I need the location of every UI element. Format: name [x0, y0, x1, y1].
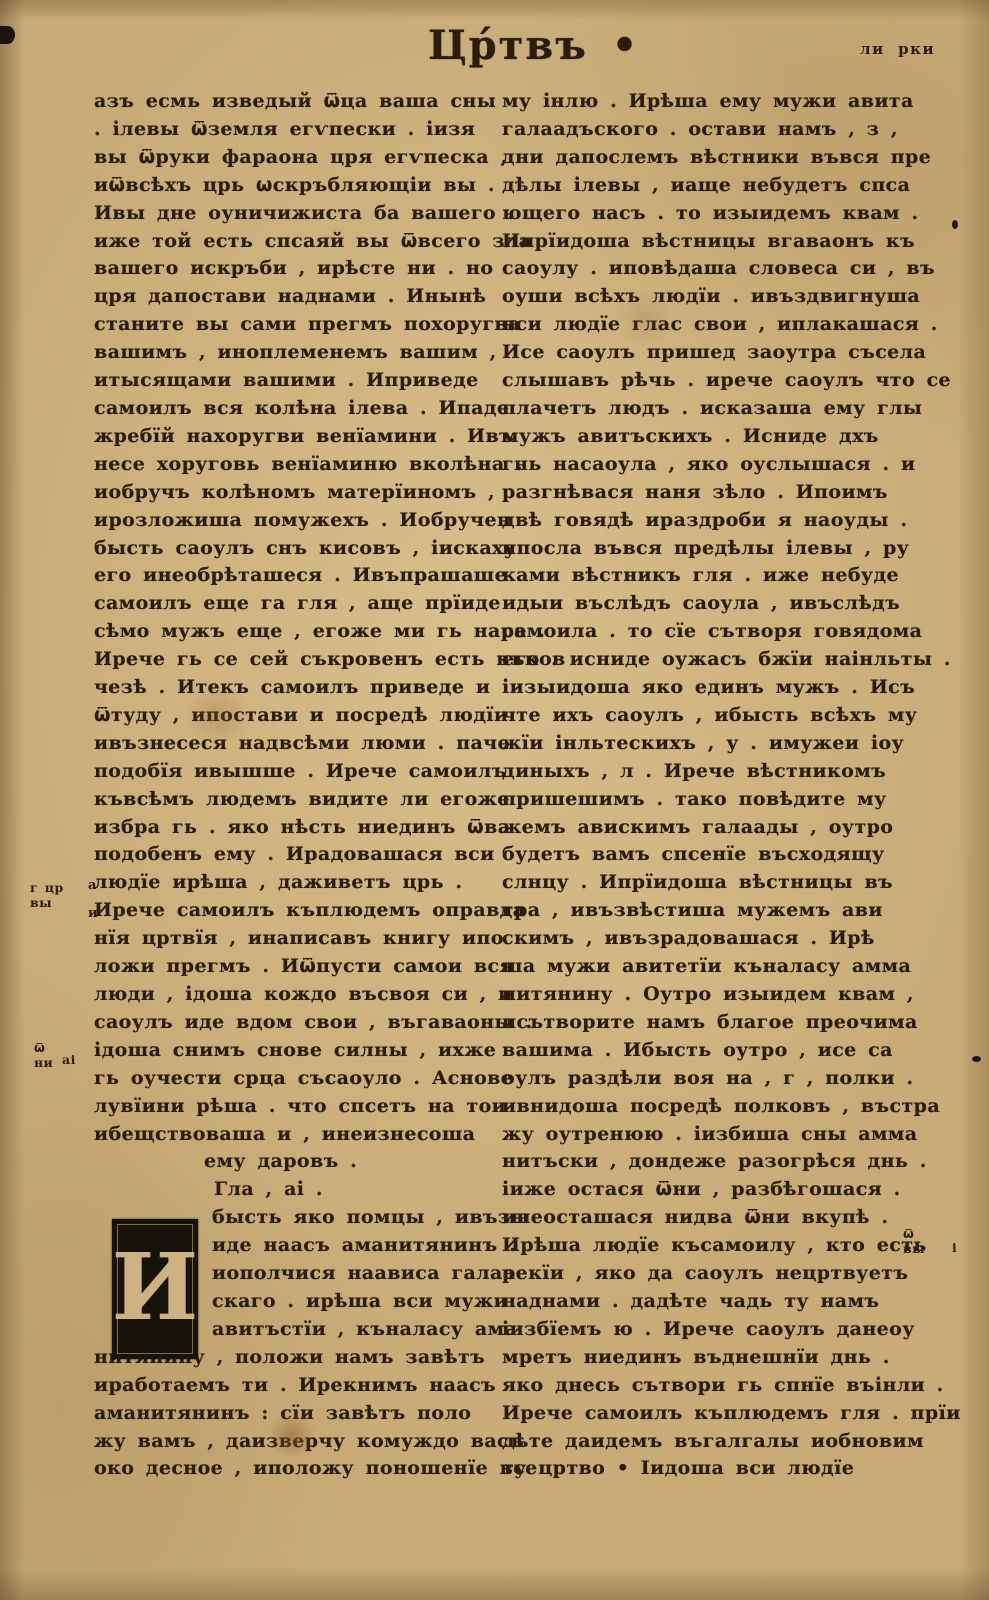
text-line: оулъ раздѣли воя на , г , полки . [502, 1065, 954, 1093]
text-line: ибещствоваша и , инеизнесоша [94, 1121, 506, 1149]
text-line: іиже остася ѿни , разбѣгошася . [502, 1176, 954, 1204]
text-line: рекїи , яко да саоулъ нецртвуетъ [502, 1260, 954, 1288]
text-line: къвсѣмъ людемъ видите ли егоже [94, 786, 506, 814]
text-line: Ирѣша людїе късамоилу , кто есть [502, 1232, 954, 1260]
text-line: избра гь . яко нѣсть ниединъ ѿва [94, 814, 506, 842]
text-line: авитъстїи , къналасу ама [212, 1316, 506, 1344]
text-line: и [88, 900, 98, 928]
text-line: ложи прегмъ . Иѿпусти самои вся [94, 953, 506, 981]
right-text-column: му інлю . Ирѣша ему мужи авитагалаадъско… [502, 88, 954, 1483]
text-line: ту цртво • Іидоша вси людїе [502, 1455, 954, 1483]
margin-note-right-side: і [952, 1240, 957, 1255]
text-line: а [88, 872, 98, 900]
text-line: бысть яко помцы , ивъзы [212, 1204, 506, 1232]
text-line: его инеобрѣташеся . Ивъпрашаше [94, 562, 506, 590]
text-line: ідоша снимъ снове силны , ихже [94, 1037, 506, 1065]
text-line: самоилъ вся колѣна ілева . Ипаде [94, 395, 506, 423]
text-line: скаго . ирѣша вси мужи [212, 1288, 506, 1316]
text-line: разгнѣвася наня зѣло . Ипоимъ [502, 479, 954, 507]
paragraph-lines: му інлю . Ирѣша ему мужи авитагалаадъско… [502, 88, 954, 1483]
text-line: нїя цртвїя , инаписавъ книгу ипо [94, 925, 506, 953]
initial-letter: И [112, 1241, 199, 1333]
text-line: азъ есмь изведый ѿца ваша сны [94, 88, 506, 116]
text-line: диныхъ , л . Ирече вѣстникомъ [502, 758, 954, 786]
text-line: плачетъ людъ . исказаша ему глы [502, 395, 954, 423]
ink-speck [972, 1056, 981, 1062]
text-line: нитянину . Оутро изыидем квам , [502, 981, 954, 1009]
text-line: цря дапостави наднами . Инынѣ [94, 283, 506, 311]
text-line: саоулу . иповѣдаша словеса си , въ [502, 255, 954, 283]
text-line: Ирече самоилъ къплюдемъ гля . прїи [502, 1400, 954, 1428]
text-line: вси людїе глас свои , иплакашася . [502, 311, 954, 339]
text-line: ивъзнесеся надвсѣми люми . паче [94, 730, 506, 758]
text-line: слнцу . Ипрїидоша вѣстницы въ [502, 869, 954, 897]
text-line: чезѣ . Итекъ самоилъ приведе и [94, 674, 506, 702]
text-line: аманитянинъ : сїи завѣтъ поло [94, 1400, 506, 1428]
text-line: ипосла въвся предѣлы ілевы , ру [502, 535, 954, 563]
text-line: ѿтуду , ипостави и посредѣ людїи [94, 702, 506, 730]
text-line: наднами . дадѣте чадь ту намъ [502, 1288, 954, 1316]
text-line: іизбїемъ ю . Ирече саоулъ данеоу [502, 1316, 954, 1344]
text-line: мужъ авитъскихъ . Исниде дхъ [502, 423, 954, 451]
text-line: Ивы дне оуничижиста ба вашего . [94, 200, 506, 228]
text-line: Ирече гь се сей съкровенъ есть въков [94, 646, 506, 674]
text-line: вашима . Ибысть оутро , исе са [502, 1037, 954, 1065]
ink-speck [0, 26, 15, 44]
text-line: око десное , иположу поношенїе все [94, 1455, 506, 1483]
margin-note-left-1: г црвы [30, 880, 64, 910]
text-line: людїе ирѣша , даживетъ црь . [94, 869, 506, 897]
text-line: двѣ говядѣ ираздроби я наоуды . [502, 507, 954, 535]
text-line: нитъски , дондеже разогрѣся днь . [502, 1148, 954, 1176]
text-line: люди , ідоша кождо въсвоя си , и [94, 981, 506, 1009]
text-line: идыи въслѣдъ саоула , ивъслѣдъ [502, 590, 954, 618]
text-line: бысть саоулъ снъ кисовъ , іискаху [94, 535, 506, 563]
text-line: ирозложиша помужехъ . Иобручен [94, 507, 506, 535]
text-line: ѿ [34, 1040, 53, 1055]
text-line: несе хоруговь венїаминю вколѣна . [94, 451, 506, 479]
text-line: иѿвсѣхъ црь ѡскръбляющіи вы . [94, 172, 506, 200]
text-line: итысящами вашими . Иприведе [94, 367, 506, 395]
text-line: Ирече самоилъ къплюдемъ оправда [94, 897, 506, 925]
text-line: лувїини рѣша . что спсетъ на тои [94, 1093, 506, 1121]
text-line: пришешимъ . тако повѣдите му [502, 786, 954, 814]
text-line: инеосташася нидва ѿни вкупѣ . [502, 1204, 954, 1232]
folio-mark: ли рки [860, 40, 935, 58]
text-line: станите вы сами прегмъ похоругва [94, 311, 506, 339]
text-line: самоилъ еще га гля , аще прїиде [94, 590, 506, 618]
text-line: его . исниде оужасъ бжїи наінльты . [502, 646, 954, 674]
closing-lines: нитянину , положи намъ завѣтъиработаемъ … [94, 1344, 506, 1484]
text-line: иобручъ колѣномъ матерїиномъ , [94, 479, 506, 507]
text-line: самоила . то сїе сътворя говядома [502, 618, 954, 646]
text-line: жребїй нахоругви венїамини . Ивъ [94, 423, 506, 451]
text-line: жу оутренюю . іизбиша сны амма [502, 1121, 954, 1149]
text-line: Исе саоулъ пришед заоутра съсела [502, 339, 954, 367]
text-line: вы [30, 895, 64, 910]
text-line: яко днесь сътвори гь спнїе въінли . [502, 1372, 954, 1400]
text-line: сѣмо мужъ еще , егоже ми гь наре . [94, 618, 506, 646]
text-line: ивнидоша посредѣ полковъ , въстра [502, 1093, 954, 1121]
chapter-heading: Гла , аі . [214, 1176, 506, 1204]
text-line: дѣте даидемъ въгалгалы иобновим [502, 1428, 954, 1456]
book-page: Цр́твъ • ли рки азъ есмь изведый ѿца ваш… [0, 0, 989, 1600]
text-line: вашего искръби , ирѣсте ни . но [94, 255, 506, 283]
text-line: жу вамъ , даизверчу комуждо васъ [94, 1428, 506, 1456]
text-line: вашимъ , иноплеменемъ вашим , [94, 339, 506, 367]
running-title: Цр́твъ • [428, 22, 639, 70]
paragraph-lines: азъ есмь изведый ѿца ваша сны. ілевы ѿзе… [94, 88, 506, 1148]
text-line: исътворите намъ благое преочима [502, 1009, 954, 1037]
margin-note-left-2: ѿни [34, 1040, 53, 1070]
text-line: гнь насаоула , яко оуслышася . и [502, 451, 954, 479]
text-line: саоулъ иде вдом свои , въгаваоны . [94, 1009, 506, 1037]
text-line: иработаемъ ти . Ирекнимъ наасъ [94, 1372, 506, 1400]
text-line: скимъ , ивъзрадовашася . Ирѣ [502, 925, 954, 953]
margin-note-right: ѿвы [903, 1226, 925, 1256]
text-line: будетъ вамъ спсенїе въсходящу [502, 841, 954, 869]
text-line: иополчися наависа галаа [212, 1260, 506, 1288]
text-line: вы ѿруки фараона цря егѵпеска , [94, 144, 506, 172]
text-line: му інлю . Ирѣша ему мужи авита [502, 88, 954, 116]
text-line: ему даровъ . [204, 1148, 506, 1176]
text-line: оуши всѣхъ людїи . ивъздвигнуша [502, 283, 954, 311]
margin-note-left-1-letters: аи [88, 872, 98, 928]
text-line: мретъ ниединъ въднешнїи днь . [502, 1344, 954, 1372]
text-line: подобенъ ему . Ирадовашася вси [94, 841, 506, 869]
text-line: ѿ [903, 1226, 925, 1241]
text-line: іизыидоша яко единъ мужъ . Исъ [502, 674, 954, 702]
text-line: иде наасъ аманитянинъ . [212, 1232, 506, 1260]
text-line: иже той есть спсаяй вы ѿвсего зла [94, 228, 506, 256]
text-line: галаадъского . остави намъ , з , [502, 116, 954, 144]
text-line: дни дапослемъ вѣстники въвся пре [502, 144, 954, 172]
text-line: жїи інльтескихъ , у . имужеи іоу [502, 730, 954, 758]
margin-note-left-2-side: аі [62, 1052, 76, 1067]
text-line: чте ихъ саоулъ , ибысть всѣхъ му [502, 702, 954, 730]
text-line: гра , ивъзвѣстиша мужемъ ави [502, 897, 954, 925]
decorated-initial: И [112, 1219, 198, 1359]
text-line: жемъ авискимъ галаады , оутро [502, 814, 954, 842]
text-line: дѣлы ілевы , иаще небудетъ спса [502, 172, 954, 200]
text-line: . ілевы ѿземля егѵпески . іизя [94, 116, 506, 144]
text-line: г цр [30, 880, 64, 895]
text-line: гь оучести срца съсаоуло . Аснове [94, 1065, 506, 1093]
text-line: подобїя ивышше . Ирече самоилъ [94, 758, 506, 786]
text-line: ющего насъ . то изыидемъ квам . [502, 200, 954, 228]
text-line: ни [34, 1055, 53, 1070]
text-line: ша мужи авитетїи къналасу амма [502, 953, 954, 981]
text-line: Ипрїидоша вѣстницы вгаваонъ къ [502, 228, 954, 256]
text-line: слышавъ рѣчь . ирече саоулъ что се [502, 367, 954, 395]
text-line: вы [903, 1241, 925, 1256]
text-line: ками вѣстникъ гля . иже небуде [502, 562, 954, 590]
